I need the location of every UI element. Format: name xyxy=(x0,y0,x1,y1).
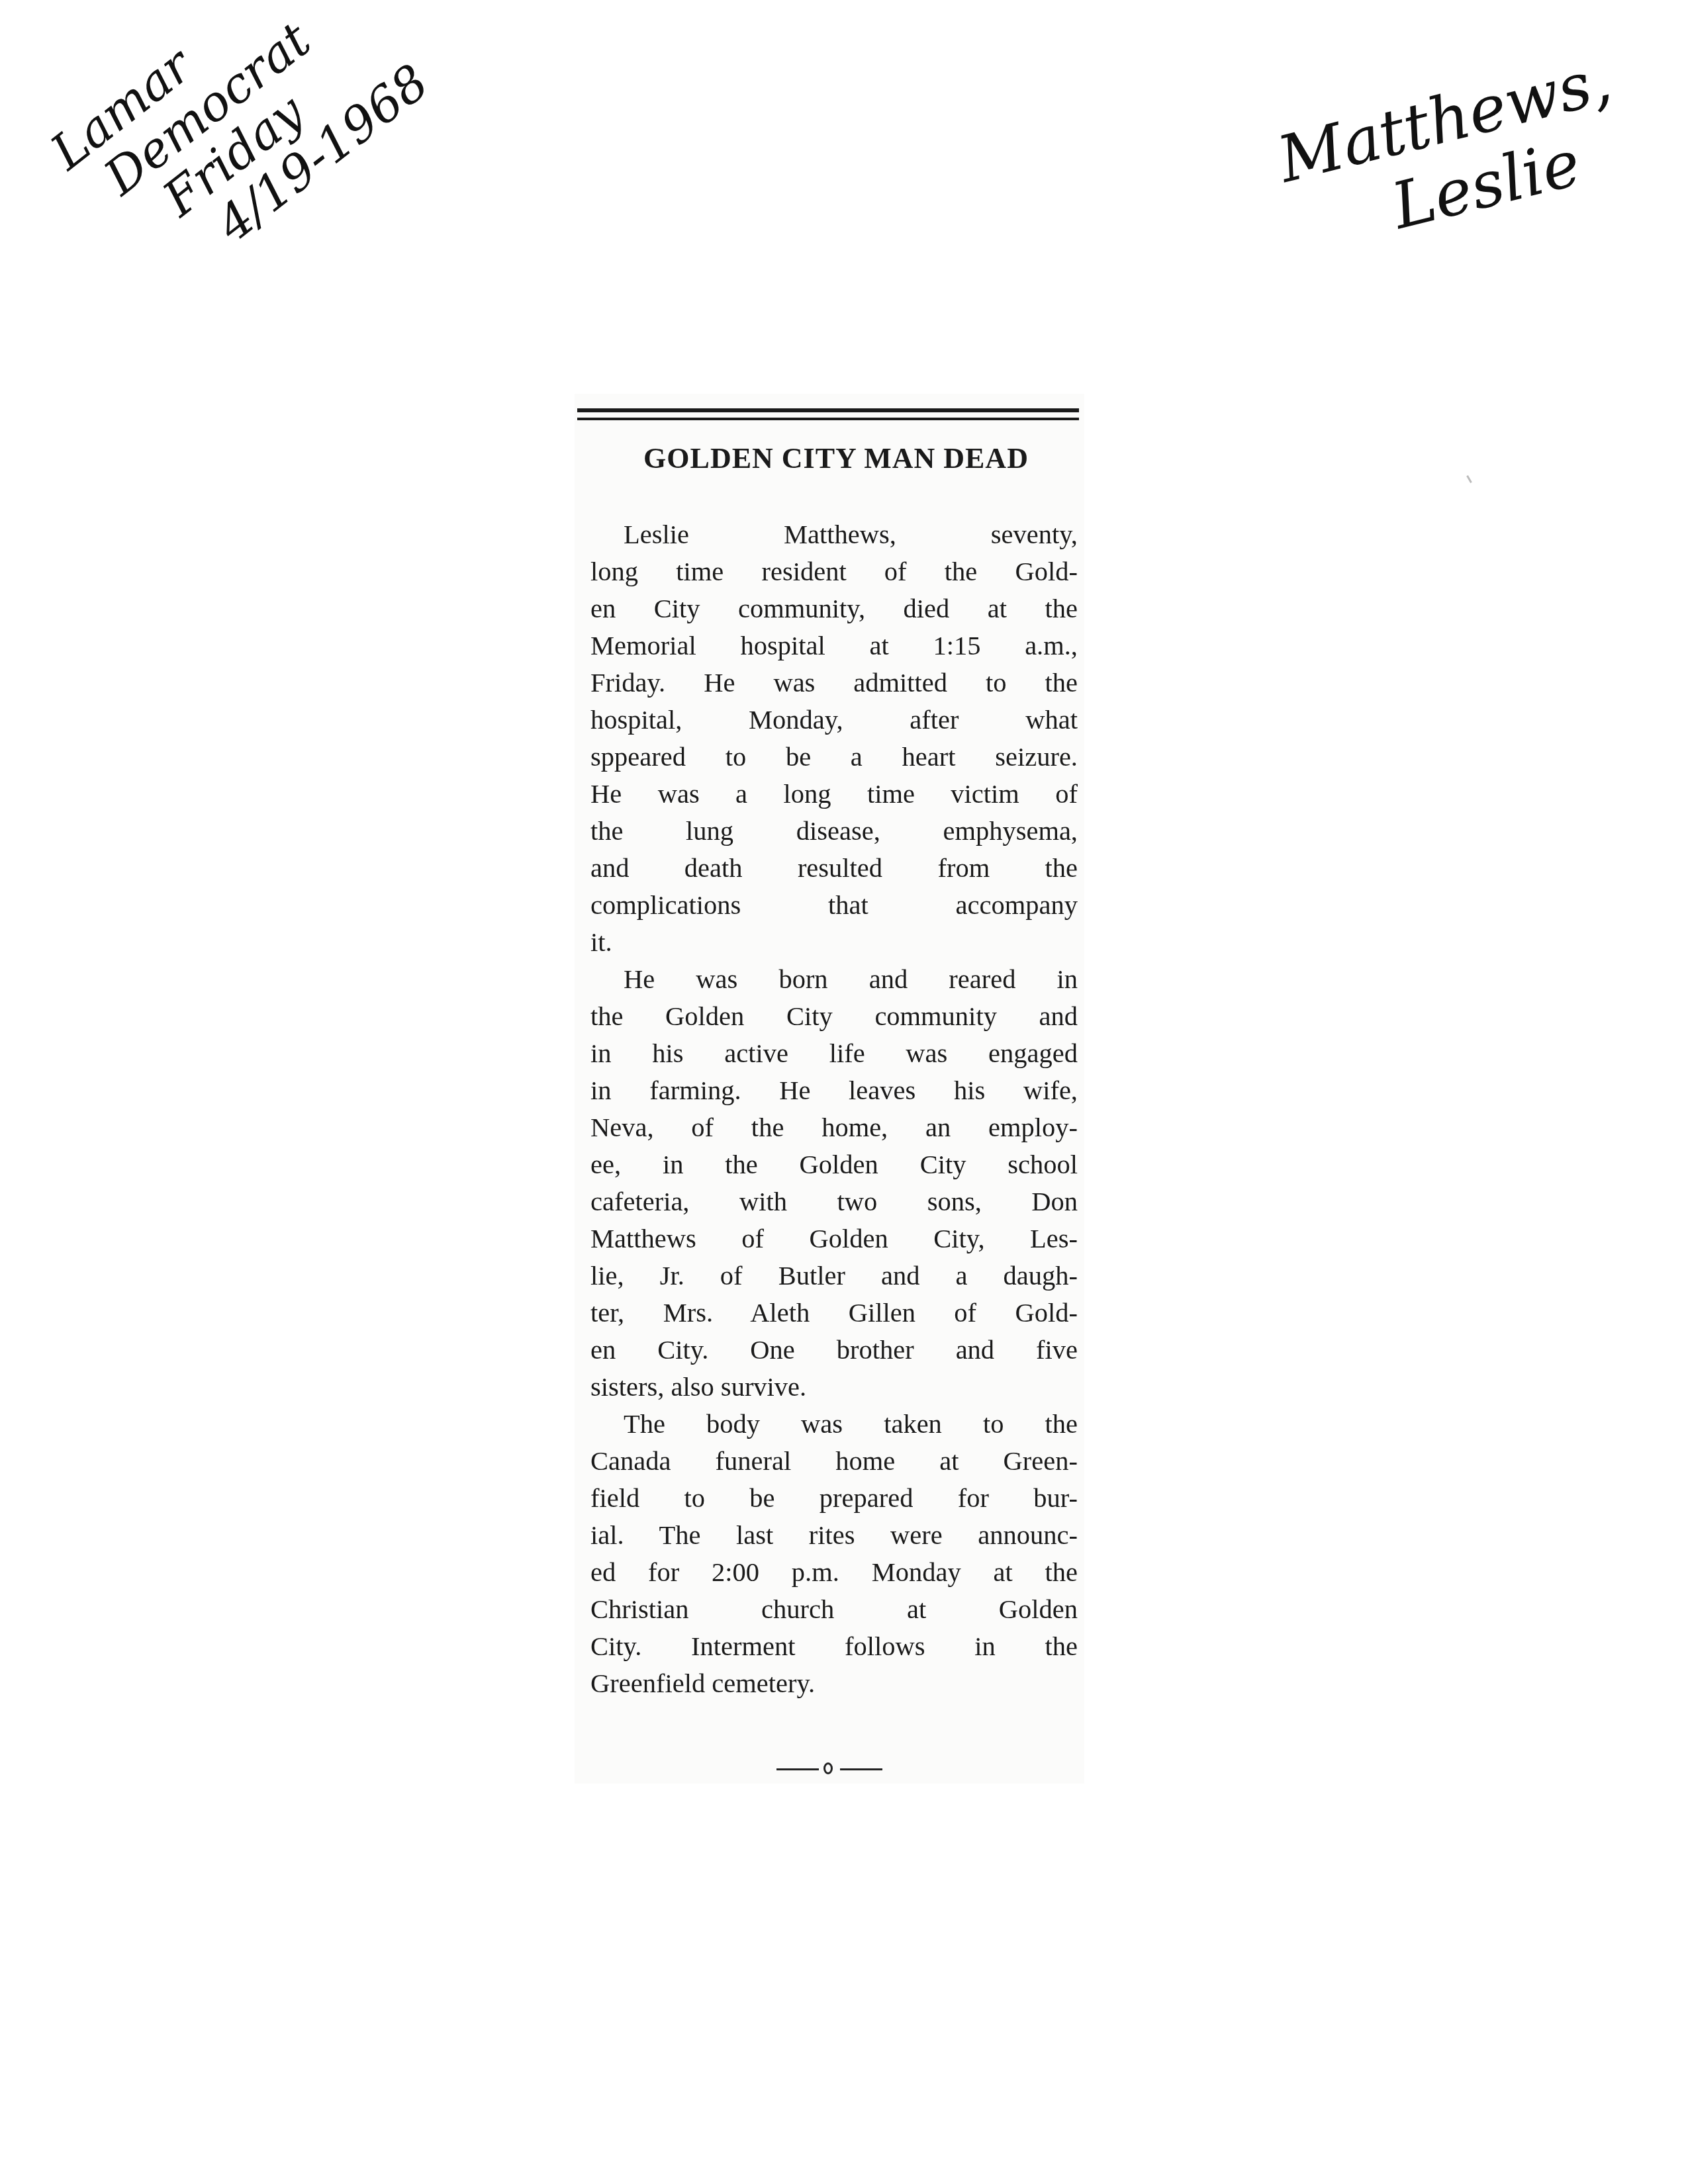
article-line: sisters, also survive. xyxy=(590,1369,1078,1406)
article-paragraph: He was born and reared inthe Golden City… xyxy=(590,961,1078,1406)
article-line: complications that accompany xyxy=(590,887,1078,924)
article-line: in farming. He leaves his wife, xyxy=(590,1072,1078,1109)
article-line: ial. The last rites were announc- xyxy=(590,1517,1078,1554)
article-paragraph: The body was taken to theCanada funeral … xyxy=(590,1406,1078,1702)
top-rule xyxy=(577,408,1079,412)
article-line: Neva, of the home, an employ- xyxy=(590,1109,1078,1146)
article-line: long time resident of the Gold- xyxy=(590,553,1078,590)
article-line: Matthews of Golden City, Les- xyxy=(590,1220,1078,1257)
article-line: hospital, Monday, after what xyxy=(590,702,1078,739)
article-line: ter, Mrs. Aleth Gillen of Gold- xyxy=(590,1295,1078,1332)
article-line: The body was taken to the xyxy=(590,1406,1078,1443)
article-line: City. Interment follows in the xyxy=(590,1628,1078,1665)
end-mark xyxy=(776,1762,882,1776)
article-paragraph: Leslie Matthews, seventy,long time resid… xyxy=(590,516,1078,961)
top-rule xyxy=(577,418,1079,420)
headline: GOLDEN CITY MAN DEAD xyxy=(594,441,1078,475)
article-line: lie, Jr. of Butler and a daugh- xyxy=(590,1257,1078,1295)
article-line: Greenfield cemetery. xyxy=(590,1665,1078,1702)
article-line: en City. One brother and five xyxy=(590,1332,1078,1369)
article-body: Leslie Matthews, seventy,long time resid… xyxy=(590,516,1078,1702)
article-line: Friday. He was admitted to the xyxy=(590,664,1078,702)
article-line: He was born and reared in xyxy=(590,961,1078,998)
article-line: Memorial hospital at 1:15 a.m., xyxy=(590,627,1078,664)
newspaper-clipping: GOLDEN CITY MAN DEAD Leslie Matthews, se… xyxy=(575,394,1084,1784)
article-line: the Golden City community and xyxy=(590,998,1078,1035)
article-line: the lung disease, emphysema, xyxy=(590,813,1078,850)
article-line: Leslie Matthews, seventy, xyxy=(590,516,1078,553)
article-line: ee, in the Golden City school xyxy=(590,1146,1078,1183)
article-line: en City community, died at the xyxy=(590,590,1078,627)
article-line: it. xyxy=(590,924,1078,961)
article-line: field to be prepared for bur- xyxy=(590,1480,1078,1517)
article-line: and death resulted from the xyxy=(590,850,1078,887)
handwritten-name-note: Matthews, Leslie xyxy=(1271,44,1636,267)
article-line: Christian church at Golden xyxy=(590,1591,1078,1628)
article-line: cafeteria, with two sons, Don xyxy=(590,1183,1078,1220)
article-line: He was a long time victim of xyxy=(590,776,1078,813)
article-line: in his active life was engaged xyxy=(590,1035,1078,1072)
article-line: Canada funeral home at Green- xyxy=(590,1443,1078,1480)
handwritten-source-note: Lamar Democrat Friday 4/19-1968 xyxy=(42,0,438,304)
article-line: sppeared to be a heart seizure. xyxy=(590,739,1078,776)
scan-speck xyxy=(1466,475,1472,483)
article-line: ed for 2:00 p.m. Monday at the xyxy=(590,1554,1078,1591)
